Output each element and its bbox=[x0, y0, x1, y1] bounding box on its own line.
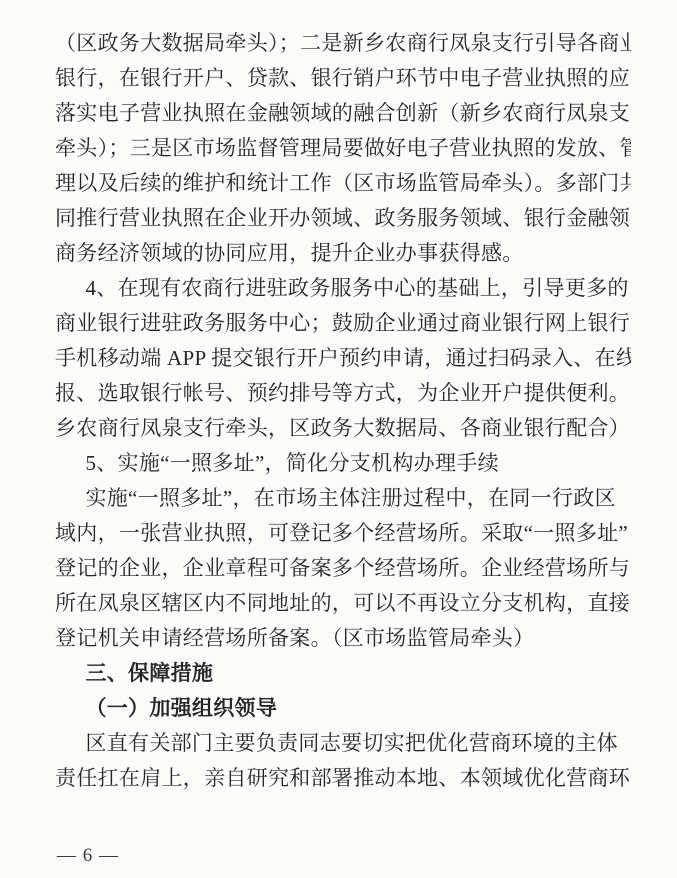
body-line: 域内，一张营业执照，可登记多个经营场所。采取“一照多址” bbox=[55, 516, 631, 551]
body-line: 理以及后续的维护和统计工作（区市场监管局牵头）。多部门共 bbox=[55, 166, 631, 201]
document-body: （区政务大数据局牵头）；二是新乡农商行凤泉支行引导各商业 银行，在银行开户、贷款… bbox=[55, 26, 631, 796]
body-line: 手机移动端 APP 提交银行开户预约申请，通过扫码录入、在线填 bbox=[55, 341, 631, 376]
page-number: — 6 — bbox=[57, 845, 119, 867]
body-line: 乡农商行凤泉支行牵头，区政务大数据局、各商业银行配合） bbox=[55, 411, 631, 446]
body-line: 商业银行进驻政务服务中心；鼓励企业通过商业银行网上银行及 bbox=[55, 306, 631, 341]
numbered-item-line: 5、实施“一照多址”，简化分支机构办理手续 bbox=[55, 446, 631, 481]
body-line: （区政务大数据局牵头）；二是新乡农商行凤泉支行引导各商业 bbox=[55, 26, 631, 61]
body-line: 所在凤泉区辖区内不同地址的，可以不再设立分支机构，直接向 bbox=[55, 586, 631, 621]
numbered-item-line: 4、在现有农商行进驻政务服务中心的基础上，引导更多的 bbox=[55, 271, 631, 306]
body-line: 同推行营业执照在企业开办领域、政务服务领域、银行金融领域、 bbox=[55, 201, 631, 236]
section-heading: 三、保障措施 bbox=[55, 656, 631, 691]
body-line: 牵头）；三是区市场监督管理局要做好电子营业执照的发放、管 bbox=[55, 131, 631, 166]
document-page: （区政务大数据局牵头）；二是新乡农商行凤泉支行引导各商业 银行，在银行开户、贷款… bbox=[0, 0, 677, 878]
body-line: 实施“一照多址”，在市场主体注册过程中，在同一行政区 bbox=[55, 481, 631, 516]
body-line: 登记机关申请经营场所备案。（区市场监管局牵头） bbox=[55, 621, 631, 656]
body-line: 报、选取银行帐号、预约排号等方式，为企业开户提供便利。（新 bbox=[55, 376, 631, 411]
body-line: 商务经济领域的协同应用，提升企业办事获得感。 bbox=[55, 236, 631, 271]
body-line: 责任扛在肩上，亲自研究和部署推动本地、本领域优化营商环境 bbox=[55, 761, 631, 796]
body-line: 登记的企业，企业章程可备案多个经营场所。企业经营场所与住 bbox=[55, 551, 631, 586]
body-line: 落实电子营业执照在金融领域的融合创新（新乡农商行凤泉支行 bbox=[55, 96, 631, 131]
body-line: 银行，在银行开户、贷款、银行销户环节中电子营业执照的应用， bbox=[55, 61, 631, 96]
body-line: 区直有关部门主要负责同志要切实把优化营商环境的主体 bbox=[55, 726, 631, 761]
subsection-heading: （一）加强组织领导 bbox=[55, 691, 631, 726]
